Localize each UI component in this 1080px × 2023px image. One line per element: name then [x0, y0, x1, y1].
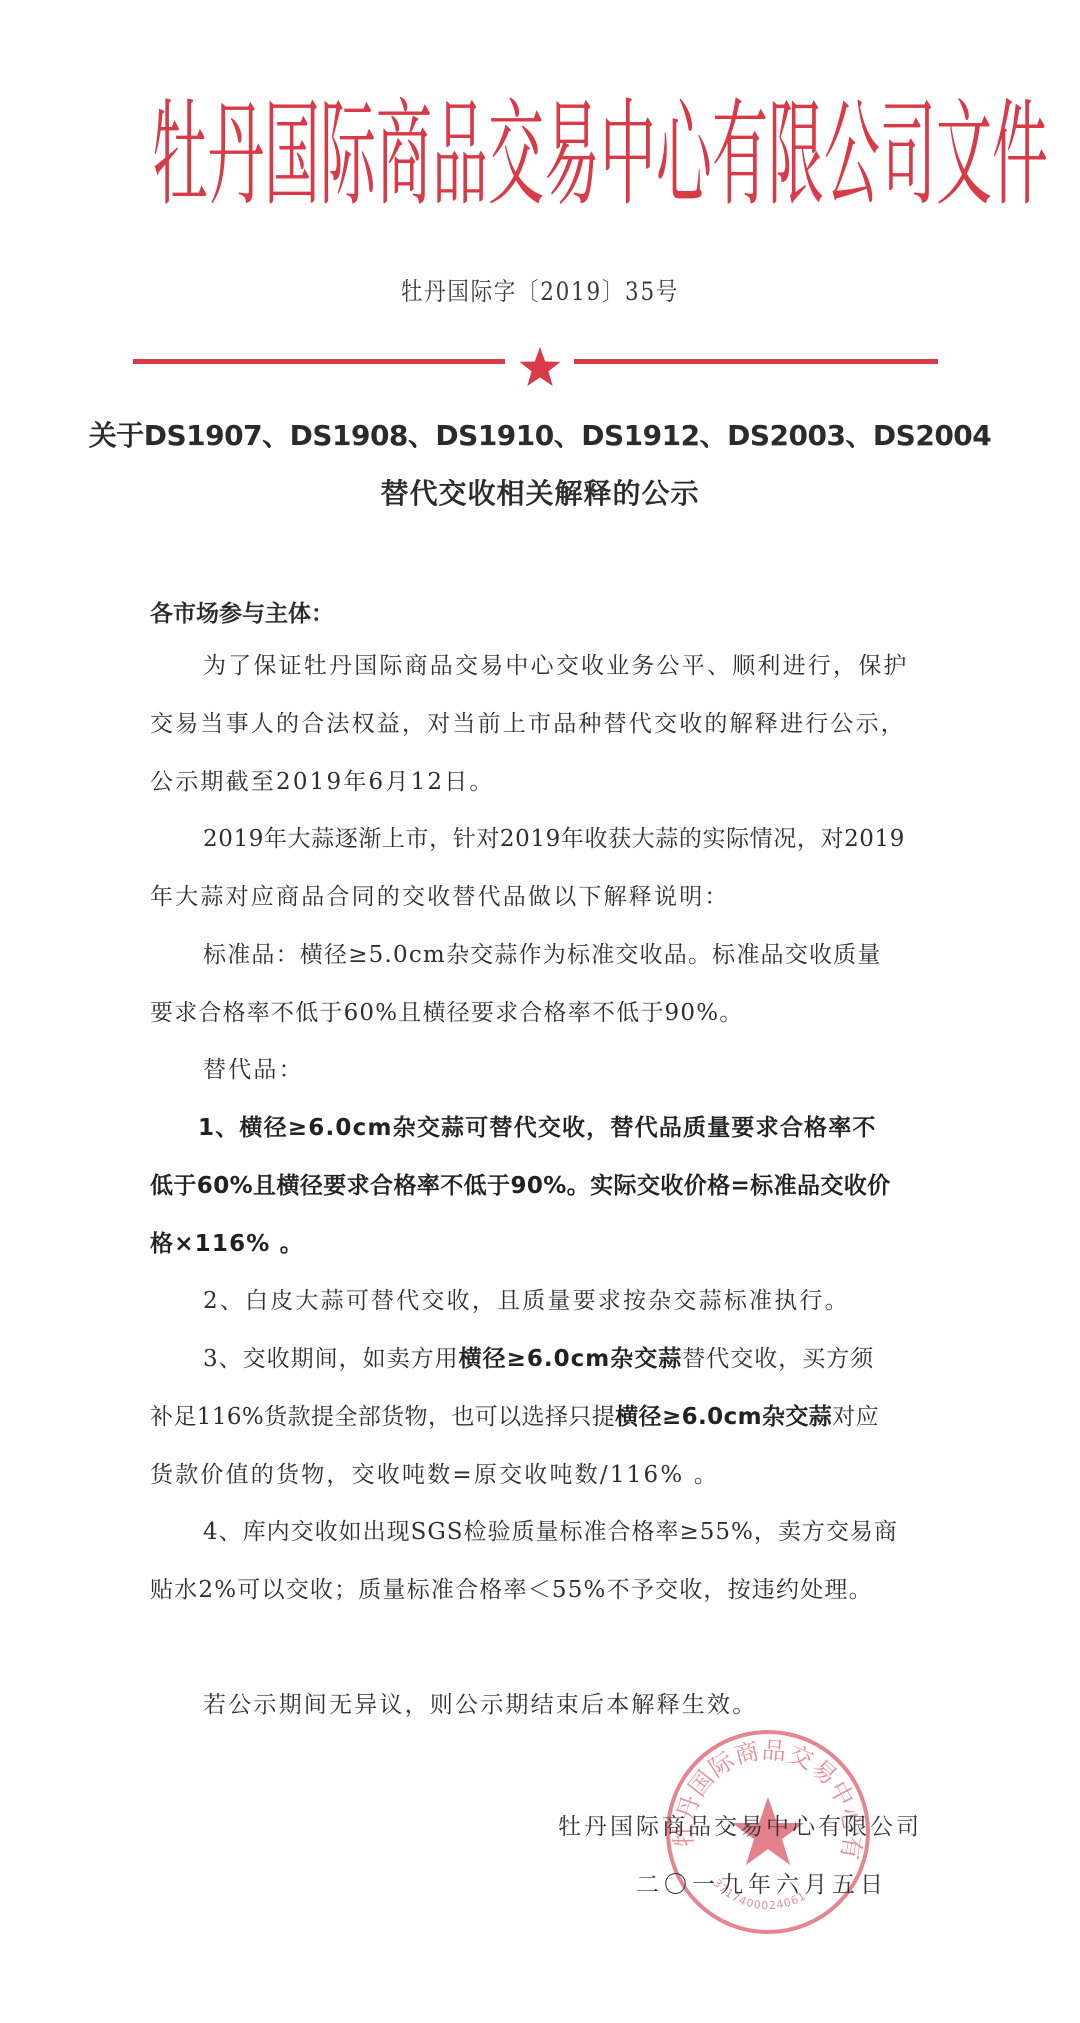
masthead-char: 丹: [208, 100, 264, 215]
salutation: 各市场参与主体：: [150, 595, 334, 628]
star-icon: [518, 346, 562, 388]
masthead-char: 司: [880, 100, 936, 215]
body-line: 2、白皮大蒜可替代交收，且质量要求按杂交蒜标准执行。: [203, 1286, 983, 1316]
masthead-char: 心: [656, 100, 712, 215]
body-line: 为了保证牡丹国际商品交易中心交收业务公平、顺利进行，保护: [203, 651, 983, 681]
bold-segment: 横径≥6.0cm杂交蒜: [459, 1346, 683, 1372]
masthead-char: 中: [600, 100, 656, 215]
text-segment: 3、交收期间，如卖方用: [203, 1346, 459, 1372]
signature-organization: 牡丹国际商品交易中心有限公司: [558, 1808, 922, 1841]
body-line: 3、交收期间，如卖方用横径≥6.0cm杂交蒜替代交收，买方须: [203, 1344, 983, 1374]
text-segment: 对应: [832, 1404, 879, 1430]
document-number: 牡丹国际字〔2019〕35号: [76, 272, 1005, 308]
masthead-char: 公: [824, 100, 880, 215]
body-line: 补足116%货款提全部货物，也可以选择只提横径≥6.0cm杂交蒜对应: [150, 1402, 930, 1432]
body-line: 2019年大蒜逐渐上市，针对2019年收获大蒜的实际情况，对2019: [203, 824, 983, 854]
body-line: 货款价值的货物，交收吨数=原交收吨数/116% 。: [150, 1460, 930, 1490]
closing-line: 若公示期间无异议，则公示期结束后本解释生效。: [203, 1690, 983, 1720]
body-line: 标准品：横径≥5.0cm杂交蒜作为标准交收品。标准品交收质量: [203, 940, 983, 970]
masthead-char: 国: [264, 100, 320, 215]
masthead-char: 交: [488, 100, 544, 215]
masthead-char: 易: [544, 100, 600, 215]
masthead-char: 限: [768, 100, 824, 215]
masthead-char: 牡: [152, 100, 208, 215]
body-line-bold: 低于60%且横径要求合格率不低于90%。实际交收价格=标准品交收价: [150, 1171, 930, 1201]
body-line: 交易当事人的合法权益，对当前上市品种替代交收的解释进行公示，: [150, 709, 930, 739]
document-title-line2: 替代交收相关解释的公示: [0, 472, 1080, 512]
signature-date: 二〇一九年六月五日: [636, 1866, 888, 1899]
document-page: 牡丹国际商品交易中心有限公司文件 牡丹国际字〔2019〕35号 关于DS1907…: [0, 0, 1080, 2023]
masthead-char: 有: [712, 100, 768, 215]
body-line: 贴水2%可以交收；质量标准合格率＜55%不予交收，按违约处理。: [150, 1575, 930, 1605]
masthead-char: 品: [432, 100, 488, 215]
red-divider-left: [133, 359, 505, 364]
document-title-line1: 关于DS1907、DS1908、DS1910、DS1912、DS2003、DS2…: [0, 414, 1080, 454]
body-line: 替代品：: [203, 1055, 983, 1085]
masthead-title: 牡丹国际商品交易中心有限公司文件: [152, 96, 938, 218]
body-line-bold: 格×116% 。: [150, 1229, 930, 1259]
masthead-char: 文: [936, 100, 992, 215]
body-line: 年大蒜对应商品合同的交收替代品做以下解释说明：: [150, 882, 930, 912]
body-line-bold: 1、横径≥6.0cm杂交蒜可替代交收，替代品质量要求合格率不: [198, 1113, 978, 1143]
masthead-char: 件: [992, 100, 1048, 215]
text-segment: 补足116%货款提全部货物，也可以选择只提: [150, 1404, 615, 1430]
body-line: 4、库内交收如出现SGS检验质量标准合格率≥55%，卖方交易商: [203, 1517, 983, 1547]
body-line: 公示期截至2019年6月12日。: [150, 767, 930, 797]
bold-segment: 横径≥6.0cm杂交蒜: [615, 1404, 832, 1430]
text-segment: 替代交收，买方须: [682, 1346, 874, 1372]
masthead-char: 际: [320, 100, 376, 215]
body-line: 要求合格率不低于60%且横径要求合格率不低于90%。: [150, 998, 930, 1028]
red-divider-right: [574, 359, 938, 364]
masthead-char: 商: [376, 100, 432, 215]
